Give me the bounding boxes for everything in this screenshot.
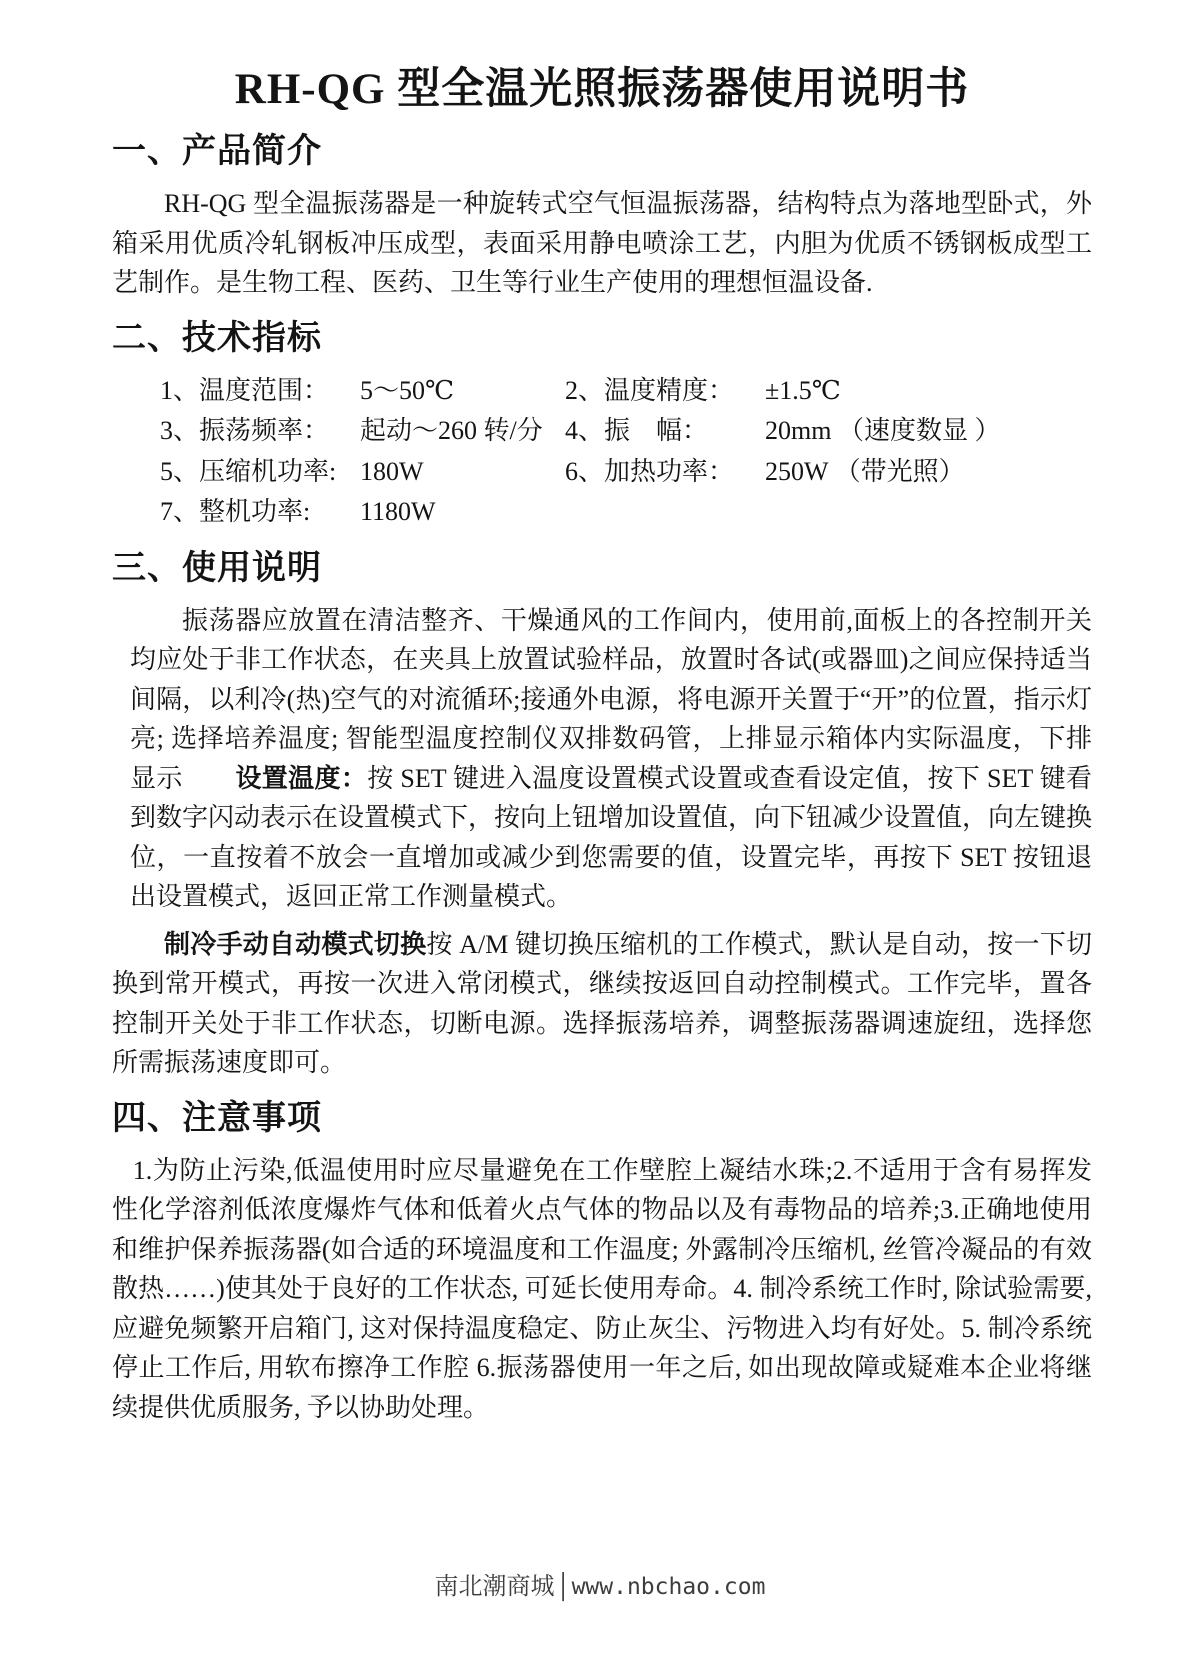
spec-label: 1、温度范围： <box>160 371 360 412</box>
document-page: RH-QG 型全温光照振荡器使用说明书 一、产品简介 RH-QG 型全温振荡器是… <box>0 0 1200 1664</box>
spec-label: 3、振荡频率： <box>160 411 360 452</box>
set-temperature-runin-label: 设置温度： <box>235 764 367 793</box>
footer-url: www.nbchao.com <box>572 1574 766 1600</box>
section-heading-notes: 四、注意事项 <box>112 1097 1092 1141</box>
notes-paragraph: 1.为防止污染,低温使用时应尽量避免在工作壁腔上凝结水珠;2.不适用于含有易挥发… <box>112 1151 1092 1428</box>
spec-value <box>765 492 1092 533</box>
cooling-mode-runin-label: 制冷手动自动模式切换 <box>164 930 426 959</box>
spec-row: 1、温度范围： 5～50℃ 2、温度精度： ±1.5℃ <box>160 371 1092 412</box>
section-heading-usage: 三、使用说明 <box>112 547 1092 591</box>
spec-value: 起动～260 转/分 <box>360 411 565 452</box>
usage-paragraph-2: 制冷手动自动模式切换按 A/M 键切换压缩机的工作模式，默认是自动，按一下切换到… <box>112 925 1092 1083</box>
spec-value: 1180W <box>360 492 565 533</box>
spec-label: 4、振 幅： <box>565 411 765 452</box>
document-title: RH-QG 型全温光照振荡器使用说明书 <box>112 64 1092 116</box>
intro-paragraph: RH-QG 型全温振荡器是一种旋转式空气恒温振荡器，结构特点为落地型卧式，外箱采… <box>112 184 1092 303</box>
spec-list: 1、温度范围： 5～50℃ 2、温度精度： ±1.5℃ 3、振荡频率： 起动～2… <box>160 371 1092 533</box>
spec-value: 180W <box>360 452 565 493</box>
spec-label: 5、压缩机功率: <box>160 452 360 493</box>
spec-value: 250W （带光照） <box>765 452 1092 493</box>
spec-value: 20mm （速度数显 ） <box>765 411 1092 452</box>
spec-value: 5～50℃ <box>360 371 565 412</box>
footer-site-name: 南北潮商城 <box>435 1574 555 1600</box>
spec-label <box>565 492 765 533</box>
usage-paragraph-1: 振荡器应放置在清洁整齐、干燥通风的工作间内，使用前,面板上的各控制开关均应处于非… <box>130 601 1092 917</box>
spec-row: 5、压缩机功率: 180W 6、加热功率： 250W （带光照） <box>160 452 1092 493</box>
spec-row: 7、整机功率: 1180W <box>160 492 1092 533</box>
section-heading-intro: 一、产品简介 <box>112 130 1092 174</box>
spec-label: 6、加热功率： <box>565 452 765 493</box>
spec-row: 3、振荡频率： 起动～260 转/分 4、振 幅： 20mm （速度数显 ） <box>160 411 1092 452</box>
footer-separator: │ <box>555 1574 572 1600</box>
section-heading-specs: 二、技术指标 <box>112 317 1092 361</box>
spec-label: 7、整机功率: <box>160 492 360 533</box>
spec-value: ±1.5℃ <box>765 371 1092 412</box>
footer: 南北潮商城│www.nbchao.com <box>0 1572 1200 1602</box>
spec-label: 2、温度精度： <box>565 371 765 412</box>
